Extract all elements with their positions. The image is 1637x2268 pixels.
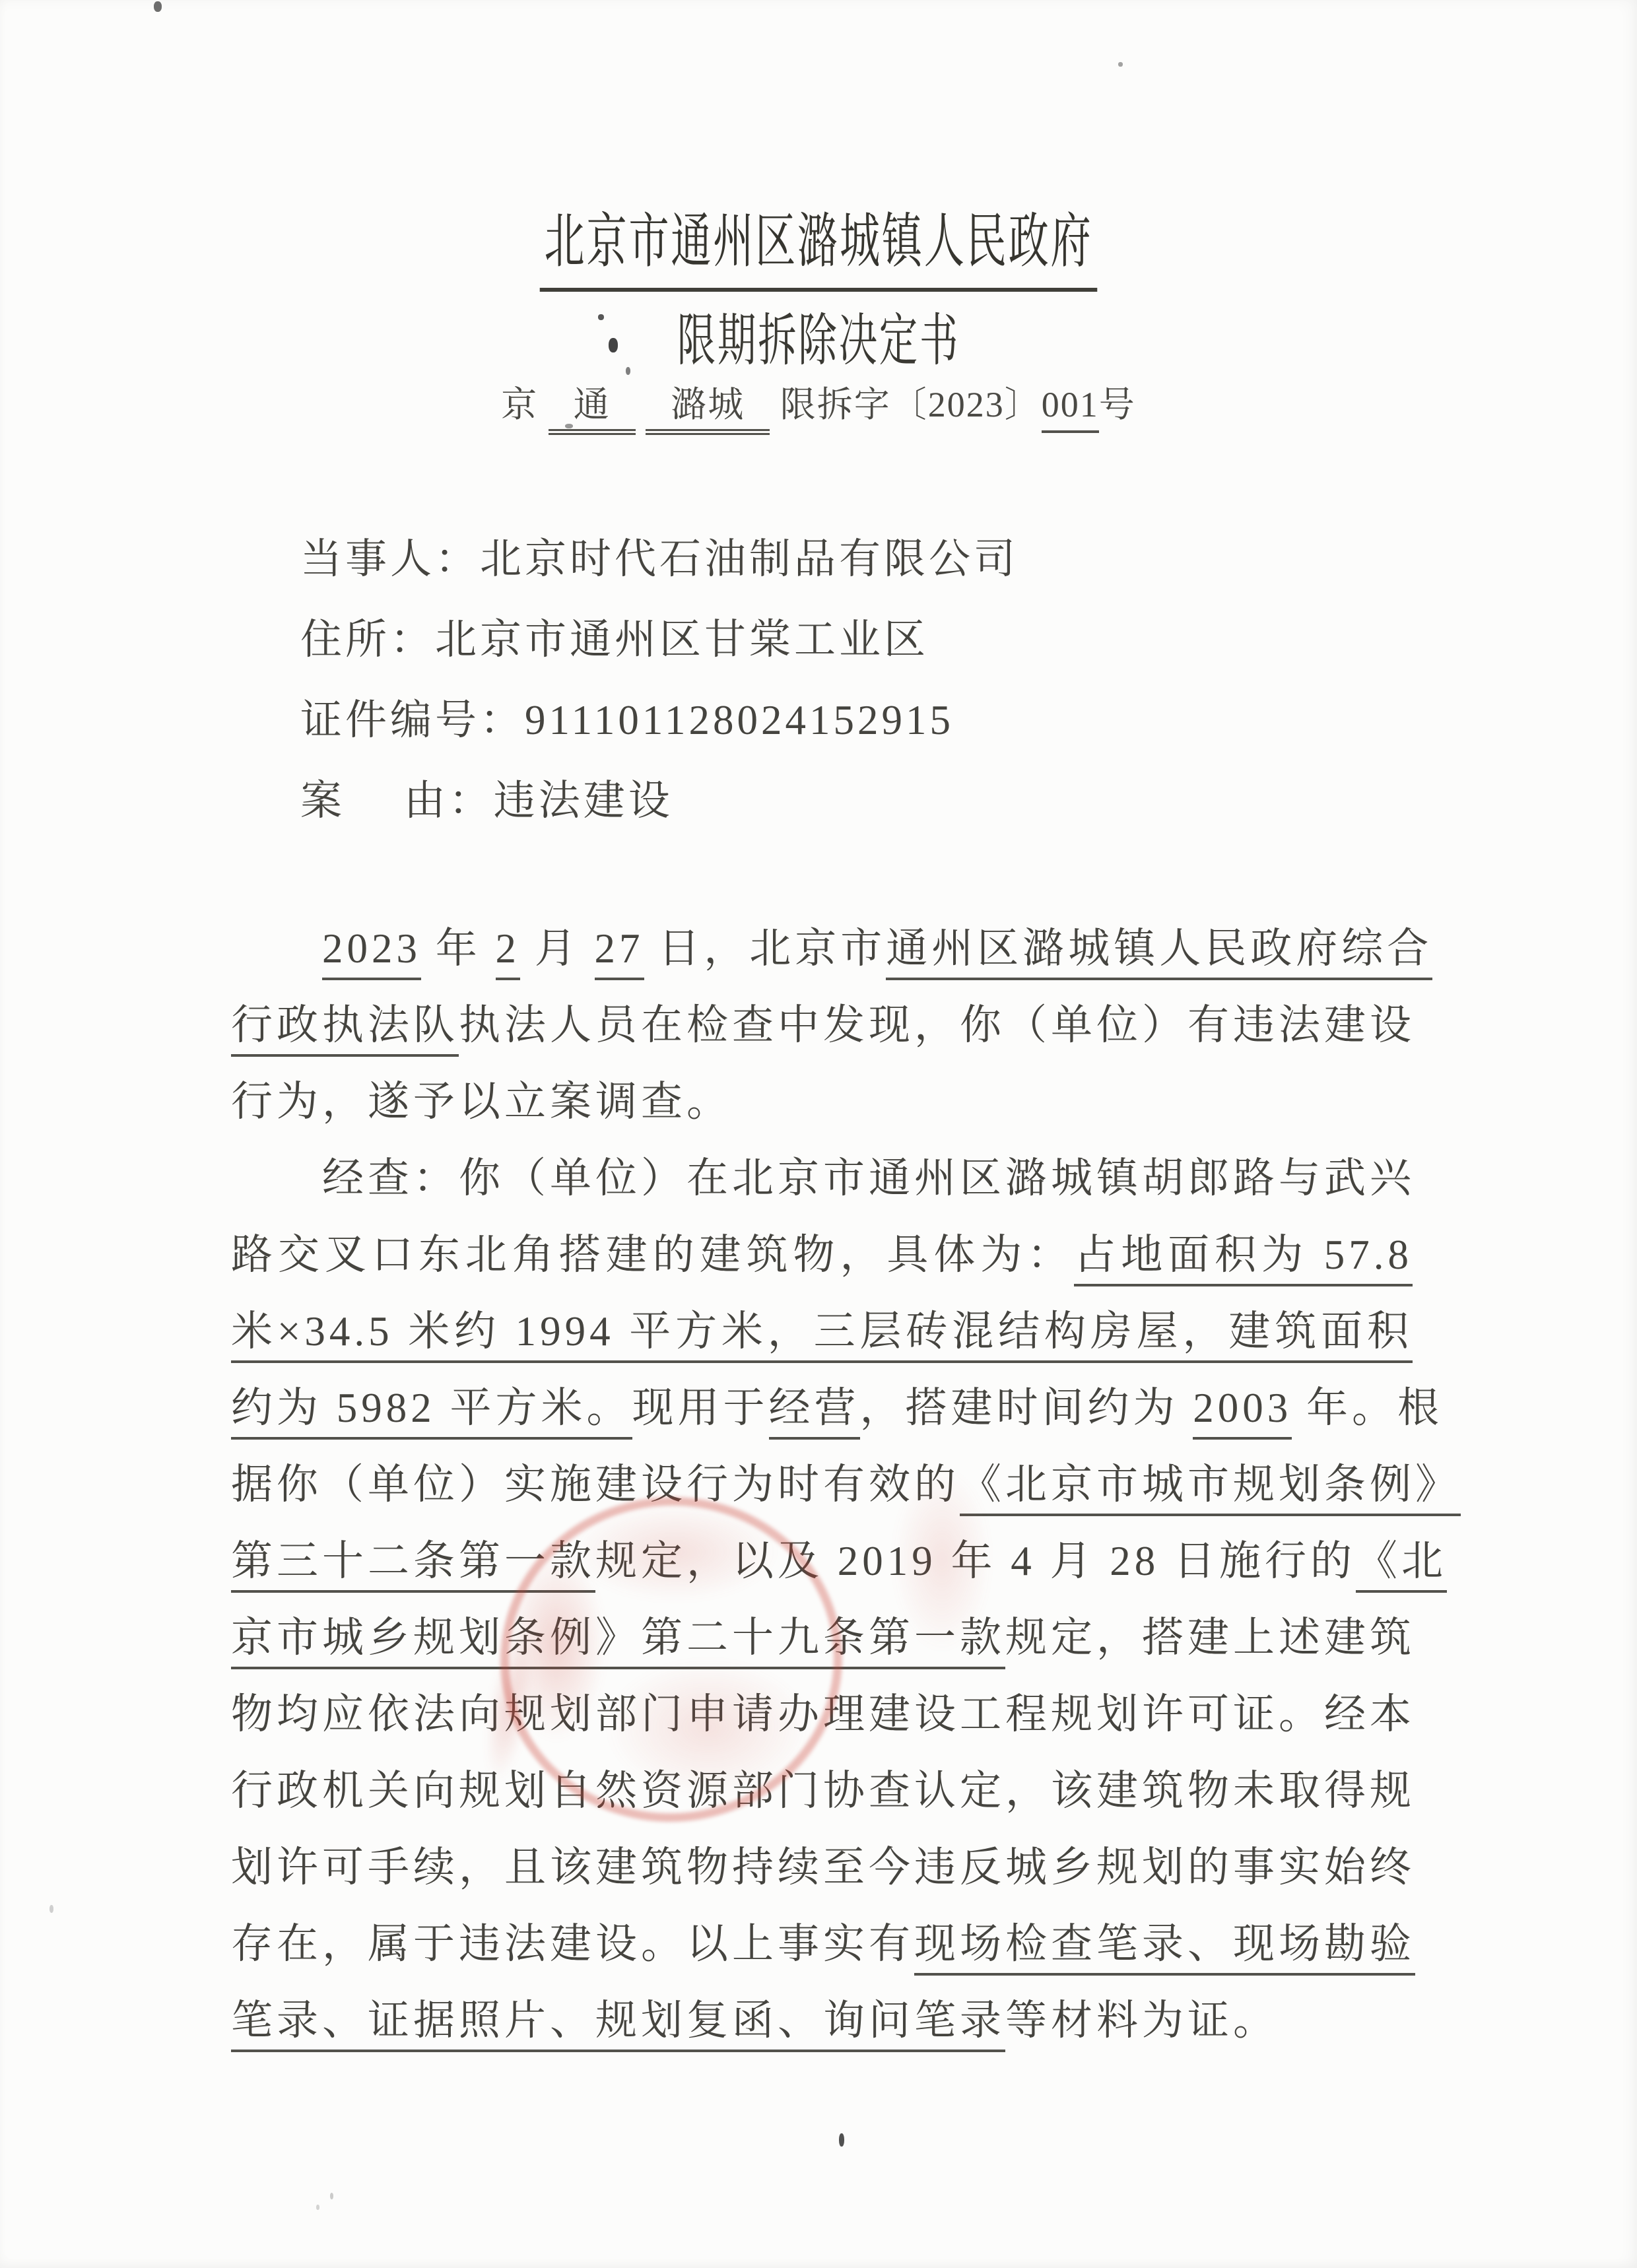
underlined-text: 潞城 — [646, 385, 770, 435]
text-run: 年 — [421, 925, 496, 972]
underlined-text: 《北京市城市规划条例》 — [960, 1461, 1461, 1516]
body-line: 存在，属于违法建设。以上事实有现场检查笔录、现场勘验 — [231, 1906, 1413, 1982]
underlined-text: 2023 — [322, 925, 421, 980]
underlined-text: 《北 — [1356, 1538, 1447, 1593]
text-run: 等材料为证。 — [1005, 1997, 1279, 2044]
underlined-text: 行政执法队 — [231, 1002, 459, 1057]
underlined-text: 通州区潞城镇人民政府综合 — [886, 925, 1432, 980]
ink-speck — [626, 367, 630, 375]
body-line: 2023 年 2 月 27 日，北京市通州区潞城镇人民政府综合 — [231, 910, 1413, 987]
text-run: 年。根 — [1292, 1385, 1443, 1431]
ink-speck — [50, 1905, 53, 1913]
body-line: 行政执法队执法人员在检查中发现，你（单位）有违法建设 — [231, 987, 1413, 1063]
text-run: 行为，遂予以立案调查。 — [231, 1079, 732, 1125]
ink-speck — [565, 424, 573, 428]
ink-speck — [839, 2133, 844, 2147]
party-info-line: 当事人：北京时代石油制品有限公司 — [300, 519, 1019, 599]
text-run: 经查：你（单位）在北京市通州区潞城镇胡郎路与武兴 — [322, 1155, 1415, 1201]
party-block: 当事人：北京时代石油制品有限公司住所：北京市通州区甘棠工业区证件编号：91110… — [300, 519, 1019, 841]
doc-number: 京 通 潞城 限拆字〔2023〕001号 — [0, 380, 1637, 429]
text-run: 限拆字〔2023〕 — [770, 385, 1042, 424]
body-line: 据你（单位）实施建设行为时有效的《北京市城市规划条例》 — [231, 1446, 1413, 1523]
body-line: 路交叉口东北角搭建的建筑物，具体为：占地面积为 57.8 — [231, 1217, 1413, 1293]
text-run: 现用于 — [632, 1385, 769, 1431]
underlined-text: 001 — [1042, 385, 1099, 433]
body-line: 约为 5982 平方米。现用于经营，搭建时间约为 2003 年。根 — [231, 1370, 1413, 1446]
text-run: 路交叉口东北角搭建的建筑物，具体为： — [231, 1232, 1074, 1278]
ink-speck — [1118, 62, 1123, 67]
body-line: 行政机关向规划自然资源部门协查认定，该建筑物未取得规 — [231, 1752, 1413, 1829]
text-run: 据你（单位）实施建设行为时有效的 — [231, 1461, 960, 1508]
document-type-title: 限期拆除决定书 — [0, 294, 1637, 376]
underlined-text: 通 — [549, 385, 636, 435]
body-line: 行为，遂予以立案调查。 — [231, 1063, 1413, 1140]
scanned-document-page: 北京市通州区潞城镇人民政府 限期拆除决定书 京 通 潞城 限拆字〔2023〕00… — [0, 0, 1637, 2268]
underlined-text: 经营 — [769, 1385, 860, 1440]
document-type-text: 限期拆除决定书 — [677, 294, 960, 376]
body-line: 划许可手续，且该建筑物持续至今违反城乡规划的事实始终 — [231, 1829, 1413, 1906]
text-run: 划许可手续，且该建筑物持续至今违反城乡规划的事实始终 — [231, 1844, 1415, 1890]
underlined-text: 2003 — [1193, 1385, 1292, 1440]
party-info-line: 证件编号：911101128024152915 — [300, 680, 1019, 760]
ink-speck — [598, 314, 604, 320]
underlined-text: 现场检查笔录、现场勘验 — [914, 1921, 1415, 1976]
ink-speck — [609, 338, 618, 352]
issuing-authority-title: 北京市通州区潞城镇人民政府 — [0, 193, 1637, 292]
underlined-text: 笔录、证据照片、规划复函、询问笔录 — [231, 1997, 1005, 2052]
issuing-authority-text: 北京市通州区潞城镇人民政府 — [540, 193, 1098, 292]
ink-speck — [330, 2193, 333, 2199]
text-run: 京 — [501, 385, 549, 424]
body-line: 经查：你（单位）在北京市通州区潞城镇胡郎路与武兴 — [231, 1140, 1413, 1217]
underlined-text: 约为 5982 平方米。 — [231, 1385, 632, 1440]
text-run: 号 — [1099, 385, 1136, 424]
party-info-line: 住所：北京市通州区甘棠工业区 — [300, 599, 1019, 680]
body-line: 米×34.5 米约 1994 平方米，三层砖混结构房屋，建筑面积 — [231, 1293, 1413, 1370]
ink-speck — [316, 2205, 319, 2210]
seal-smudge — [573, 1502, 778, 1601]
text-run: 规定，搭建上述建筑 — [1005, 1615, 1415, 1661]
text-run: ，搭建时间约为 — [860, 1385, 1193, 1431]
underlined-text: 27 — [595, 925, 644, 980]
text-run: 日，北京市 — [644, 925, 886, 972]
underlined-text: 占地面积为 57.8 — [1074, 1232, 1413, 1286]
text-run: 行政机关向规划自然资源部门协查认定，该建筑物未取得规 — [231, 1768, 1415, 1814]
seal-smudge — [892, 1467, 991, 1651]
text-run: 月 — [520, 925, 595, 972]
ink-speck — [154, 1, 162, 12]
seal-smudge — [606, 1658, 811, 1797]
text-run: 存在，属于违法建设。以上事实有 — [231, 1921, 914, 1967]
party-info-line: 案 由：违法建设 — [300, 760, 1019, 841]
body-block: 2023 年 2 月 27 日，北京市通州区潞城镇人民政府综合行政执法队执法人员… — [231, 910, 1413, 2059]
underlined-text: 2 — [496, 925, 521, 980]
text-run: 执法人员在检查中发现，你（单位）有违法建设 — [459, 1002, 1415, 1048]
underlined-text: 米×34.5 米约 1994 平方米，三层砖混结构房屋，建筑面积 — [231, 1308, 1413, 1363]
body-line: 笔录、证据照片、规划复函、询问笔录等材料为证。 — [231, 1982, 1413, 2059]
text-run — [636, 385, 646, 424]
